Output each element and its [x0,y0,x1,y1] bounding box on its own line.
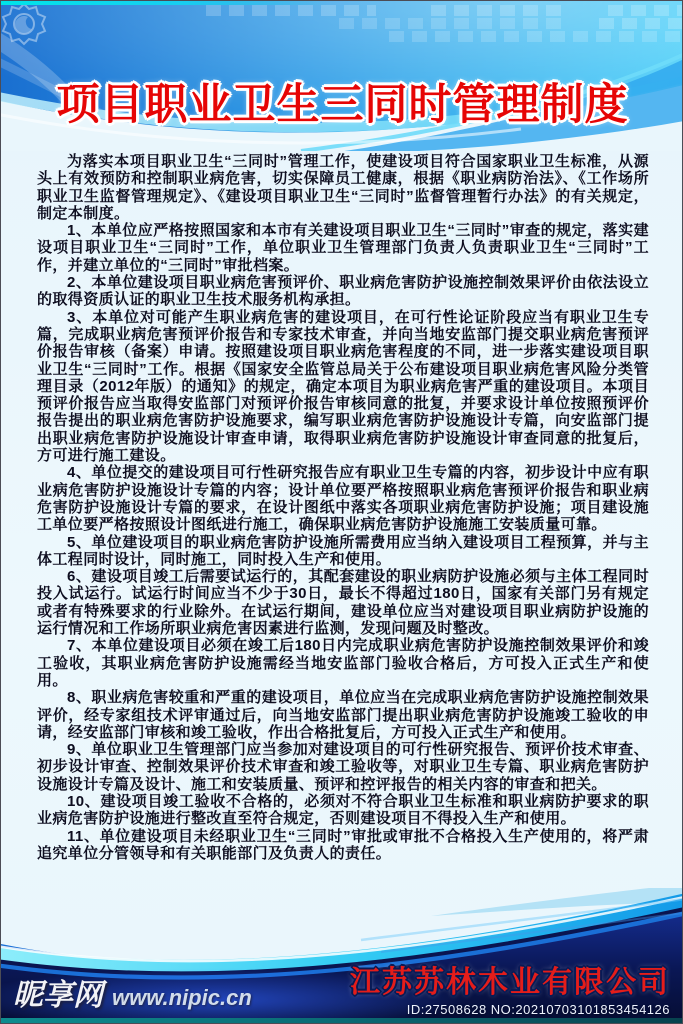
policy-paragraph-4: 4、单位提交的建设项目可行性研究报告应有职业卫生专篇的内容，初步设计中应有职业病… [37,464,649,533]
policy-paragraph-6: 6、建设项目竣工后需要试运行的，其配套建设的职业病防护设施必须与主体工程同时投入… [37,568,649,637]
policy-paragraph-2: 2、本单位建设项目职业病危害预评价、职业病危害防护设施控制效果评价由依法设立的取… [37,274,649,309]
squares-pattern [339,18,569,29]
squares-pattern [389,31,683,42]
company-block: 江苏苏林木业有限公司 ID:27508628 NO:20210703101853… [350,957,670,1017]
watermark-site-logo: 昵享网 [13,979,103,1012]
squares-pattern [431,5,561,16]
policy-paragraph-5: 5、单位建设项目的职业病危害防护设施所需费用应当纳入建设项目工程预算，并与主体工… [37,534,649,569]
footer-banner: 昵享网www.nipic.cn 江苏苏林木业有限公司 ID:27508628 N… [1,888,683,1023]
watermark: 昵享网www.nipic.cn [13,970,252,1014]
policy-paragraph-9: 9、单位职业卫生管理部门应当参加对建设项目的可行性研究报告、预评价技术审查、初步… [37,741,649,793]
policy-paragraph-3: 3、本单位对可能产生职业病危害的建设项目，在可行性论证阶段应当有职业卫生专篇，完… [37,309,649,465]
policy-paragraph-10: 10、建设项目竣工验收不合格的，必须对不符合职业卫生标准和职业病防护要求的职业病… [37,793,649,828]
top-accent-line [1,1,331,5]
policy-paragraph-11: 11、单位建设项目未经职业卫生“三同时”审批或审批不合格投入生产使用的，将严肃追… [37,828,649,863]
company-name: 江苏苏林木业有限公司 [350,957,670,1001]
squares-pattern [608,5,683,16]
squares-pattern [599,18,683,29]
header-banner: 项目职业卫生三同时管理制度 [1,1,683,151]
watermark-url: www.nipic.cn [112,985,252,1010]
id-number: ID:27508628 NO:20210703101853454126 [350,1002,670,1017]
poster: 项目职业卫生三同时管理制度 为落实本项目职业卫生“三同时”管理工作，使建设项目符… [0,0,683,1024]
page-title: 项目职业卫生三同时管理制度 [1,71,683,132]
document-body: 为落实本项目职业卫生“三同时”管理工作，使建设项目符合国家职业卫生标准，从源头上… [1,151,683,862]
squares-pattern [206,5,376,16]
policy-paragraph-8: 8、职业病危害较重和严重的建设项目，单位应当在完成职业病危害防护设施控制效果评价… [37,689,649,741]
gear-sun-watermark-icon [1,1,47,47]
policy-paragraph-1: 1、本单位应严格按照国家和本市有关建设项目职业卫生“三同时”审查的规定，落实建设… [37,222,649,274]
policy-paragraph-7: 7、本单位建设项目必须在竣工后180日内完成职业病危害防护设施控制效果评价和竣工… [37,637,649,689]
policy-intro-paragraph: 为落实本项目职业卫生“三同时”管理工作，使建设项目符合国家职业卫生标准，从源头上… [37,153,649,222]
